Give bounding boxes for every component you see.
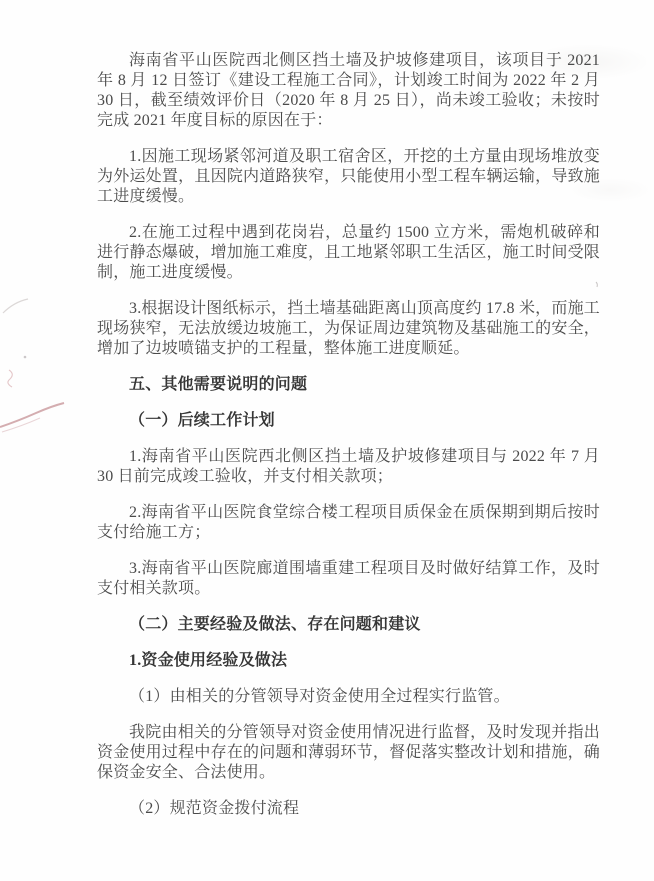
document-page: 海南省平山医院西北侧区挡土墙及护坡修建项目，该项目于 2021 年 8 月 12… <box>0 0 654 881</box>
plan-item-3: 3.海南省平山医院廊道围墙重建工程项目及时做好结算工作，及时支付相关款项。 <box>97 559 600 599</box>
subsection-heading-1: （一）后续工作计划 <box>97 411 600 431</box>
section-heading-5: 五、其他需要说明的问题 <box>97 375 600 395</box>
plan-item-1: 1.海南省平山医院西北侧区挡土墙及护坡修建项目与 2022 年 7 月 30 日… <box>97 447 600 487</box>
document-body: 海南省平山医院西北侧区挡土墙及护坡修建项目，该项目于 2021 年 8 月 12… <box>97 51 600 835</box>
reason-item-2: 2.在施工过程中遇到花岗岩，总量约 1500 立方米，需炮机破碎和进行静态爆破，… <box>97 223 600 283</box>
experience-point-1: （1）由相关的分管领导对资金使用全过程实行监管。 <box>97 687 600 707</box>
experience-point-2: （2）规范资金拨付流程 <box>97 799 600 819</box>
experience-heading: 1.资金使用经验及做法 <box>97 651 600 671</box>
reason-item-3: 3.根据设计图纸标示，挡土墙基础距离山顶高度约 17.8 米，而施工现场狭窄，无… <box>97 299 600 359</box>
intro-paragraph: 海南省平山医院西北侧区挡土墙及护坡修建项目，该项目于 2021 年 8 月 12… <box>97 51 600 131</box>
plan-item-2: 2.海南省平山医院食堂综合楼工程项目质保金在质保期到期后按时支付给施工方； <box>97 503 600 543</box>
reason-item-1: 1.因施工现场紧邻河道及职工宿舍区，开挖的土方量由现场堆放变为外运处置，且因院内… <box>97 147 600 207</box>
experience-detail: 我院由相关的分管领导对资金使用情况进行监督，及时发现并指出资金使用过程中存在的问… <box>97 723 600 783</box>
subsection-heading-2: （二）主要经验及做法、存在问题和建议 <box>97 615 600 635</box>
